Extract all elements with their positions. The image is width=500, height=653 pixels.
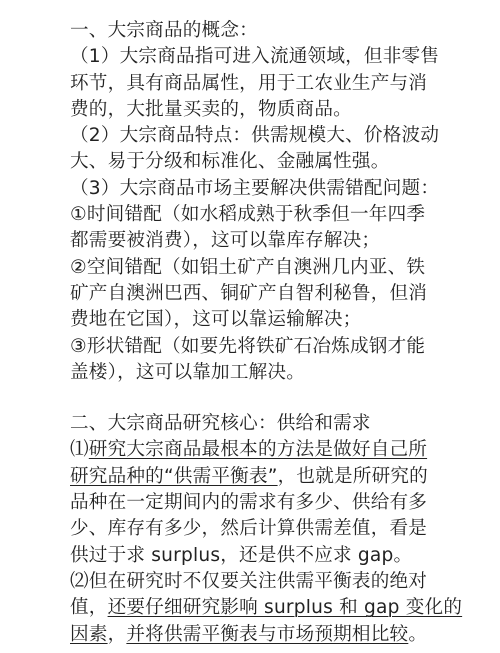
underlined-text: 研究大宗商品最根本的方法是做好自己所 xyxy=(89,439,427,460)
paragraph-line: ①时间错配（如水稻成熟于秋季但一年四季 xyxy=(70,202,435,228)
text: 值， xyxy=(70,597,108,618)
section-2-title: 二、大宗商品研究核心：供给和需求 xyxy=(70,411,435,437)
text: ，也就是所研究的 xyxy=(278,466,428,487)
section-spacer xyxy=(70,386,435,411)
document-body: 一、大宗商品的概念： （1）大宗商品指可进入流通领域，但非零售 环节，具有商品属… xyxy=(70,18,435,648)
underlined-text: 研究品种的“供需平衡表” xyxy=(70,466,278,487)
underlined-text: 还要仔细研究影响 surplus 和 gap 变化的 xyxy=(108,597,463,618)
paragraph-line: 值，还要仔细研究影响 surplus 和 gap 变化的 xyxy=(70,595,435,621)
paragraph-line: 费的，大批量买卖的，物质商品。 xyxy=(70,97,435,123)
paragraph-line: （3）大宗商品市场主要解决供需错配问题： xyxy=(70,176,435,202)
paragraph-line: ②空间错配（如铝土矿产自澳洲几内亚、铁 xyxy=(70,255,435,281)
paragraph-line: 因素，并将供需平衡表与市场预期相比较。 xyxy=(70,622,435,648)
underlined-text: 因素 xyxy=(70,624,108,645)
paragraph-line: 研究品种的“供需平衡表”，也就是所研究的 xyxy=(70,464,435,490)
paragraph-line: 环节，具有商品属性，用于工农业生产与消 xyxy=(70,71,435,97)
paragraph-line: ⑵但在研究时不仅要关注供需平衡表的绝对 xyxy=(70,569,435,595)
underlined-text: 并将供需平衡表与市场预期相比较 xyxy=(126,624,408,645)
paragraph-line: 供过于求 surplus，还是供不应求 gap。 xyxy=(70,543,435,569)
paragraph-line: ⑴研究大宗商品最根本的方法是做好自己所 xyxy=(70,437,435,463)
paragraph-line: （1）大宗商品指可进入流通领域，但非零售 xyxy=(70,44,435,70)
text: 。 xyxy=(408,624,427,645)
paragraph-line: 盖楼），这可以靠加工解决。 xyxy=(70,360,435,386)
section-1-title: 一、大宗商品的概念： xyxy=(70,18,435,44)
paragraph-line: 少、库存有多少，然后计算供需差值，看是 xyxy=(70,516,435,542)
list-marker: ⑴ xyxy=(70,439,89,460)
paragraph-line: 费地在它国），这可以靠运输解决； xyxy=(70,307,435,333)
paragraph-line: 都需要被消费），这可以靠库存解决； xyxy=(70,228,435,254)
paragraph-line: 矿产自澳洲巴西、铜矿产自智利秘鲁，但消 xyxy=(70,281,435,307)
text: ， xyxy=(108,624,127,645)
paragraph-line: ③形状错配（如要先将铁矿石冶炼成钢才能 xyxy=(70,334,435,360)
paragraph-line: 品种在一定期间内的需求有多少、供给有多 xyxy=(70,490,435,516)
paragraph-line: （2）大宗商品特点：供需规模大、价格波动 xyxy=(70,123,435,149)
paragraph-line: 大、易于分级和标准化、金融属性强。 xyxy=(70,149,435,175)
